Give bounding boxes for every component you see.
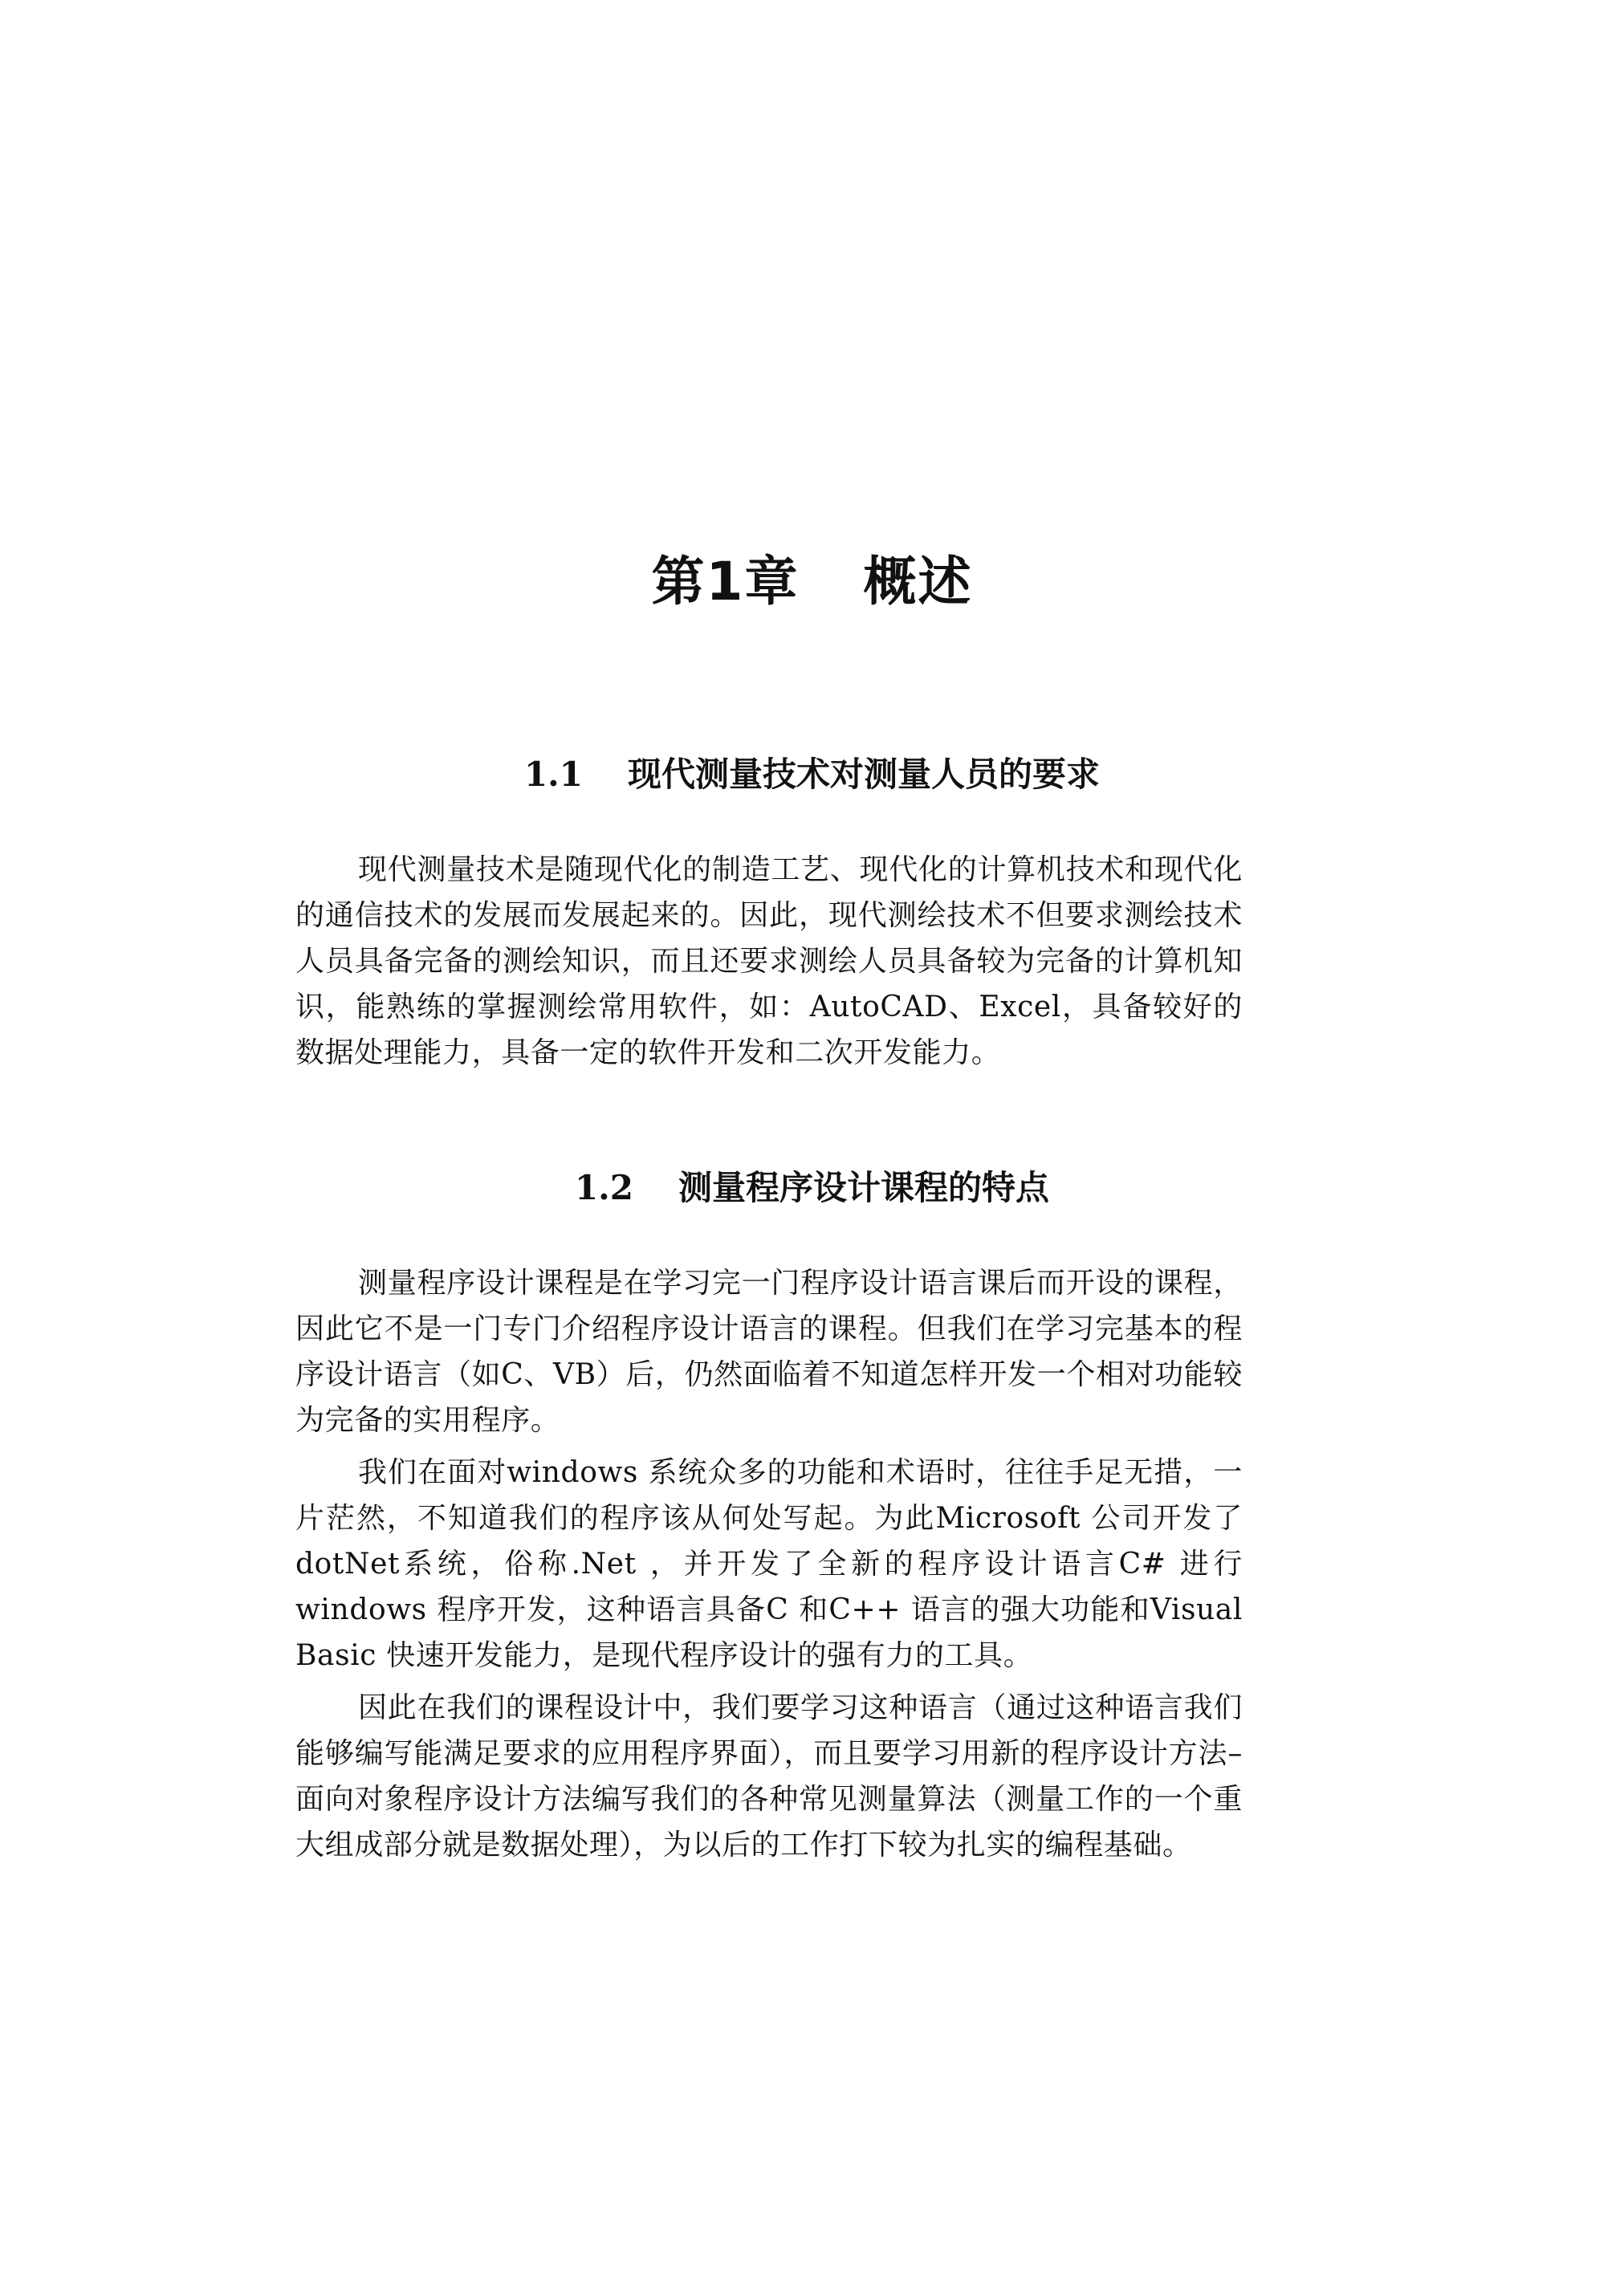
document-page: 第1章概述 1.1现代测量技术对测量人员的要求 现代测量技术是随现代化的制造工艺… — [0, 0, 1624, 2295]
paragraph: 因此在我们的课程设计中，我们要学习这种语言（通过这种语言我们能够编写能满足要求的… — [295, 1685, 1243, 1868]
section-heading-1-1: 1.1现代测量技术对测量人员的要求 — [0, 751, 1624, 799]
section-number: 1.1 — [524, 751, 583, 799]
section-title-text: 测量程序设计课程的特点 — [678, 1168, 1049, 1207]
paragraph: 测量程序设计课程是在学习完一门程序设计语言课后而开设的课程，因此它不是一门专门介… — [295, 1260, 1243, 1443]
chapter-number: 第1章 — [652, 551, 800, 612]
section-title-text: 现代测量技术对测量人员的要求 — [628, 755, 1100, 794]
section-number: 1.2 — [575, 1164, 633, 1212]
chapter-title: 第1章概述 — [0, 546, 1624, 618]
section-1-1-body: 现代测量技术是随现代化的制造工艺、现代化的计算机技术和现代化的通信技术的发展而发… — [295, 847, 1243, 1082]
section-heading-1-2: 1.2测量程序设计课程的特点 — [0, 1164, 1624, 1212]
section-1-2-body: 测量程序设计课程是在学习完一门程序设计语言课后而开设的课程，因此它不是一门专门介… — [295, 1260, 1243, 1874]
paragraph: 我们在面对windows 系统众多的功能和术语时，往往手足无措，一片茫然，不知道… — [295, 1450, 1243, 1679]
chapter-name: 概述 — [863, 551, 972, 612]
paragraph: 现代测量技术是随现代化的制造工艺、现代化的计算机技术和现代化的通信技术的发展而发… — [295, 847, 1243, 1076]
